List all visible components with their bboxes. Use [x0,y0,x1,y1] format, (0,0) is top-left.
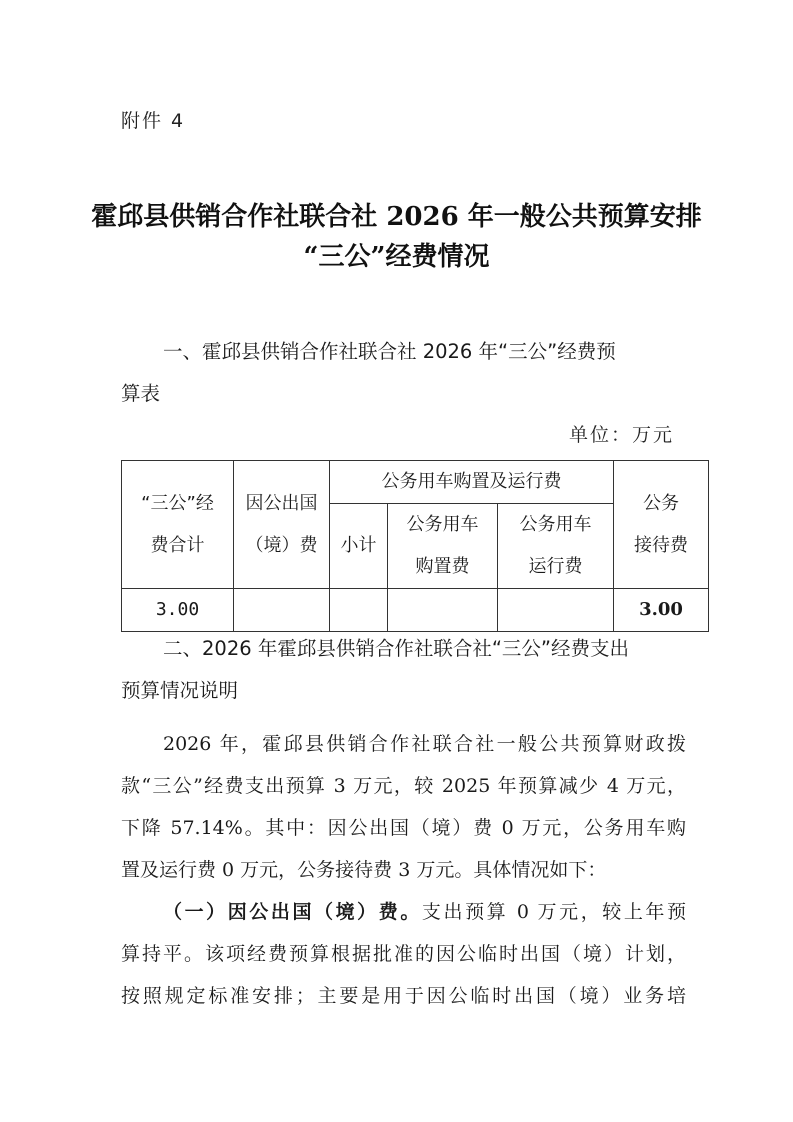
header-vehicle-operation-line-2: 运行费 [498,546,613,588]
cell-vehicle-subtotal [330,589,388,632]
header-vehicle-purchase-line-1: 公务用车 [388,504,497,546]
overseas-line-3: 按照规定标准安排；主要是用于因公临时出国（境）业务培 [121,975,686,1017]
overseas-line-2: 算持平。该项经费预算根据批准的因公临时出国（境）计划， [121,933,686,975]
header-vehicle-operation: 公务用车 运行费 [498,504,614,589]
header-total-line-2: 费合计 [122,525,233,567]
section-2-heading-line-2: 预算情况说明 [121,670,691,712]
section-2-heading: 二、2026 年霍邱县供销合作社联合社“三公”经费支出 预算情况说明 [121,628,691,712]
overseas-bold-lead: （一）因公出国（境）费。 [163,901,422,923]
cell-vehicle-purchase [388,589,498,632]
header-overseas-line-2: （境）费 [234,525,329,567]
cell-reception: 3.00 [614,589,709,632]
header-total: “三公”经 费合计 [122,461,234,589]
unit-label: 单位：万元 [569,420,674,447]
attachment-label: 附件 4 [121,106,185,133]
cell-vehicle-operation [498,589,614,632]
summary-paragraph: 2026 年，霍邱县供销合作社联合社一般公共预算财政拨 款“三公”经费支出预算 … [121,723,686,891]
cell-total: 3.00 [122,589,234,632]
section-1-heading-line-1: 一、霍邱县供销合作社联合社 2026 年“三公”经费预 [121,331,691,373]
cell-overseas [234,589,330,632]
header-vehicle-purchase-line-2: 购置费 [388,546,497,588]
header-reception: 公务 接待费 [614,461,709,589]
header-total-line-1: “三公”经 [122,483,233,525]
three-public-expenses-budget-table: “三公”经 费合计 因公出国 （境）费 公务用车购置及运行费 公务 接待费 小计… [121,460,709,632]
header-overseas: 因公出国 （境）费 [234,461,330,589]
header-vehicle-purchase: 公务用车 购置费 [388,504,498,589]
section-1-heading-line-2: 算表 [121,373,691,415]
overseas-line-1-rest: 支出预算 0 万元，较上年预 [422,901,686,923]
document-title-line-2: “三公”经费情况 [0,236,793,273]
table-row: 3.00 3.00 [122,589,709,632]
summary-line-2: 款“三公”经费支出预算 3 万元，较 2025 年预算减少 4 万元， [121,765,686,807]
summary-line-3: 下降 57.14%。其中：因公出国（境）费 0 万元，公务用车购 [121,807,686,849]
overseas-expense-paragraph: （一）因公出国（境）费。支出预算 0 万元，较上年预 算持平。该项经费预算根据批… [121,891,686,1017]
header-overseas-line-1: 因公出国 [234,483,329,525]
header-vehicle-subtotal: 小计 [330,504,388,589]
summary-line-1: 2026 年，霍邱县供销合作社联合社一般公共预算财政拨 [121,723,686,765]
header-vehicle-group: 公务用车购置及运行费 [330,461,614,504]
summary-line-4: 置及运行费 0 万元，公务接待费 3 万元。具体情况如下： [121,849,686,891]
header-reception-line-2: 接待费 [614,525,708,567]
section-1-heading: 一、霍邱县供销合作社联合社 2026 年“三公”经费预 算表 [121,331,691,415]
header-reception-line-1: 公务 [614,483,708,525]
section-2-heading-line-1: 二、2026 年霍邱县供销合作社联合社“三公”经费支出 [121,628,691,670]
header-vehicle-operation-line-1: 公务用车 [498,504,613,546]
document-title-line-1: 霍邱县供销合作社联合社 2026 年一般公共预算安排 [0,196,793,233]
overseas-line-1: （一）因公出国（境）费。支出预算 0 万元，较上年预 [121,891,686,933]
